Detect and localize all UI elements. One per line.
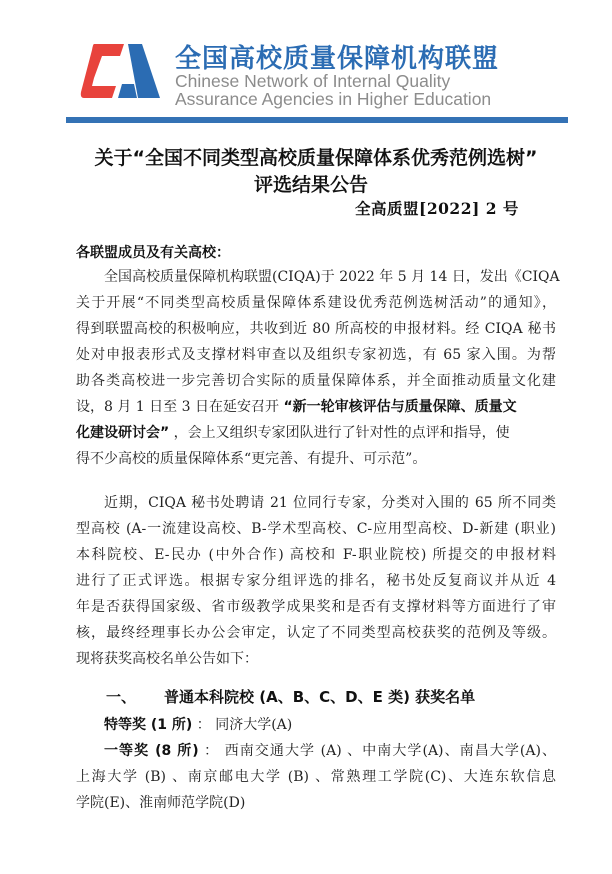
award-label: 一等奖 (8 所): [104, 743, 199, 759]
award-first: 一等奖 (8 所) ： 西南交通大学 (A) 、中南大学(A)、南昌大学(A)、: [76, 738, 556, 764]
paragraph-line: 全国高校质量保障机构联盟(CIQA)于 2022 年 5 月 14 日，发出《C…: [76, 264, 556, 290]
conference-name-part1: “新一轮审核评估与质量保障、质量文: [283, 399, 516, 415]
paragraph-line: 近期，CIQA 秘书处聘请 21 位同行专家，分类对入围的 65 所不同类: [76, 490, 556, 516]
paragraph-line: 化建设研讨会” ，会上又组织专家团队进行了针对性的点评和指导，使: [76, 420, 556, 446]
org-name-cn: 全国高校质量保障机构联盟: [175, 38, 499, 75]
header-divider: [66, 117, 568, 123]
section-title: 普通本科院校 (A、B、C、D、E 类) 获奖名单: [164, 688, 475, 706]
line-text: 设，8 月 1 日至 3 日在延安召开: [76, 399, 283, 415]
award-list: 特等奖 (1 所) ： 同济大学(A) 一等奖 (8 所) ： 西南交通大学 (…: [76, 712, 556, 816]
org-name-en-line2: Assurance Agencies in Higher Education: [175, 90, 491, 109]
section-number: 一、: [106, 688, 136, 706]
salutation: 各联盟成员及有关高校：: [76, 242, 230, 262]
line-text: ，会上又组织专家团队进行了针对性的点评和指导，使: [169, 425, 509, 441]
award-separator: ：: [199, 743, 220, 759]
award-first-cont: 学院(E)、淮南师范学院(D): [76, 790, 556, 816]
paragraph-line: 助各类高校进一步完善切合实际的质量保障体系，并全面推动质量文化建: [76, 368, 556, 394]
letterhead: 全国高校质量保障机构联盟 Chinese Network of Internal…: [0, 0, 612, 125]
paragraph-line: 型高校 (A-一流建设高校、B-学术型高校、C-应用型高校、D-新建 (职业): [76, 516, 556, 542]
award-schools: 同济大学(A): [215, 717, 292, 733]
paragraph-line: 本科院校、E-民办 (中外合作) 高校和 F-职业院校) 所提交的申报材料: [76, 542, 556, 568]
award-special: 特等奖 (1 所) ： 同济大学(A): [76, 712, 556, 738]
paragraph-line: 年是否获得国家级、省市级教学成果奖和是否有支撑材料等方面进行了审: [76, 594, 556, 620]
paragraph-line: 得到联盟高校的积极响应，共收到近 80 所高校的申报材料。经 CIQA 秘书: [76, 316, 556, 342]
award-label: 特等奖 (1 所): [104, 717, 192, 733]
conference-name-part2: 化建设研讨会”: [76, 425, 169, 441]
paragraph-2: 近期，CIQA 秘书处聘请 21 位同行专家，分类对入围的 65 所不同类 型高…: [76, 490, 556, 672]
ciqa-logo-icon: [80, 42, 160, 100]
paragraph-1: 全国高校质量保障机构联盟(CIQA)于 2022 年 5 月 14 日，发出《C…: [76, 264, 556, 472]
document-title-line2: 评选结果公告: [5, 170, 612, 197]
award-separator: ：: [192, 717, 210, 733]
paragraph-line: 关于开展“不同类型高校质量保障体系建设优秀范例选树活动”的通知》，: [76, 290, 556, 316]
paragraph-line: 得不少高校的质量保障体系“更完善、有提升、可示范”。: [76, 446, 556, 472]
document-number: 全高质盟[2022] 2 号: [355, 197, 519, 219]
award-first-cont: 上海大学 (B) 、南京邮电大学 (B) 、常熟理工学院(C)、大连东软信息: [76, 764, 556, 790]
paragraph-line: 核，最终经理事长办公会审定，认定了不同类型高校获奖的范例及等级。: [76, 620, 556, 646]
section-heading-1: 一、普通本科院校 (A、B、C、D、E 类) 获奖名单: [106, 686, 475, 707]
award-schools: 西南交通大学 (A) 、中南大学(A)、南昌大学(A)、: [225, 743, 556, 759]
paragraph-line: 进行了正式评选。根据专家分组评选的排名，秘书处反复商议并从近 4: [76, 568, 556, 594]
paragraph-line: 处对申报表形式及支撑材料审查以及组织专家初选，有 65 家入围。为帮: [76, 342, 556, 368]
document-title-line1: 关于“全国不同类型高校质量保障体系优秀范例选树”: [10, 143, 612, 170]
paragraph-line: 设，8 月 1 日至 3 日在延安召开 “新一轮审核评估与质量保障、质量文: [76, 394, 556, 420]
paragraph-line: 现将获奖高校名单公告如下：: [76, 646, 556, 672]
